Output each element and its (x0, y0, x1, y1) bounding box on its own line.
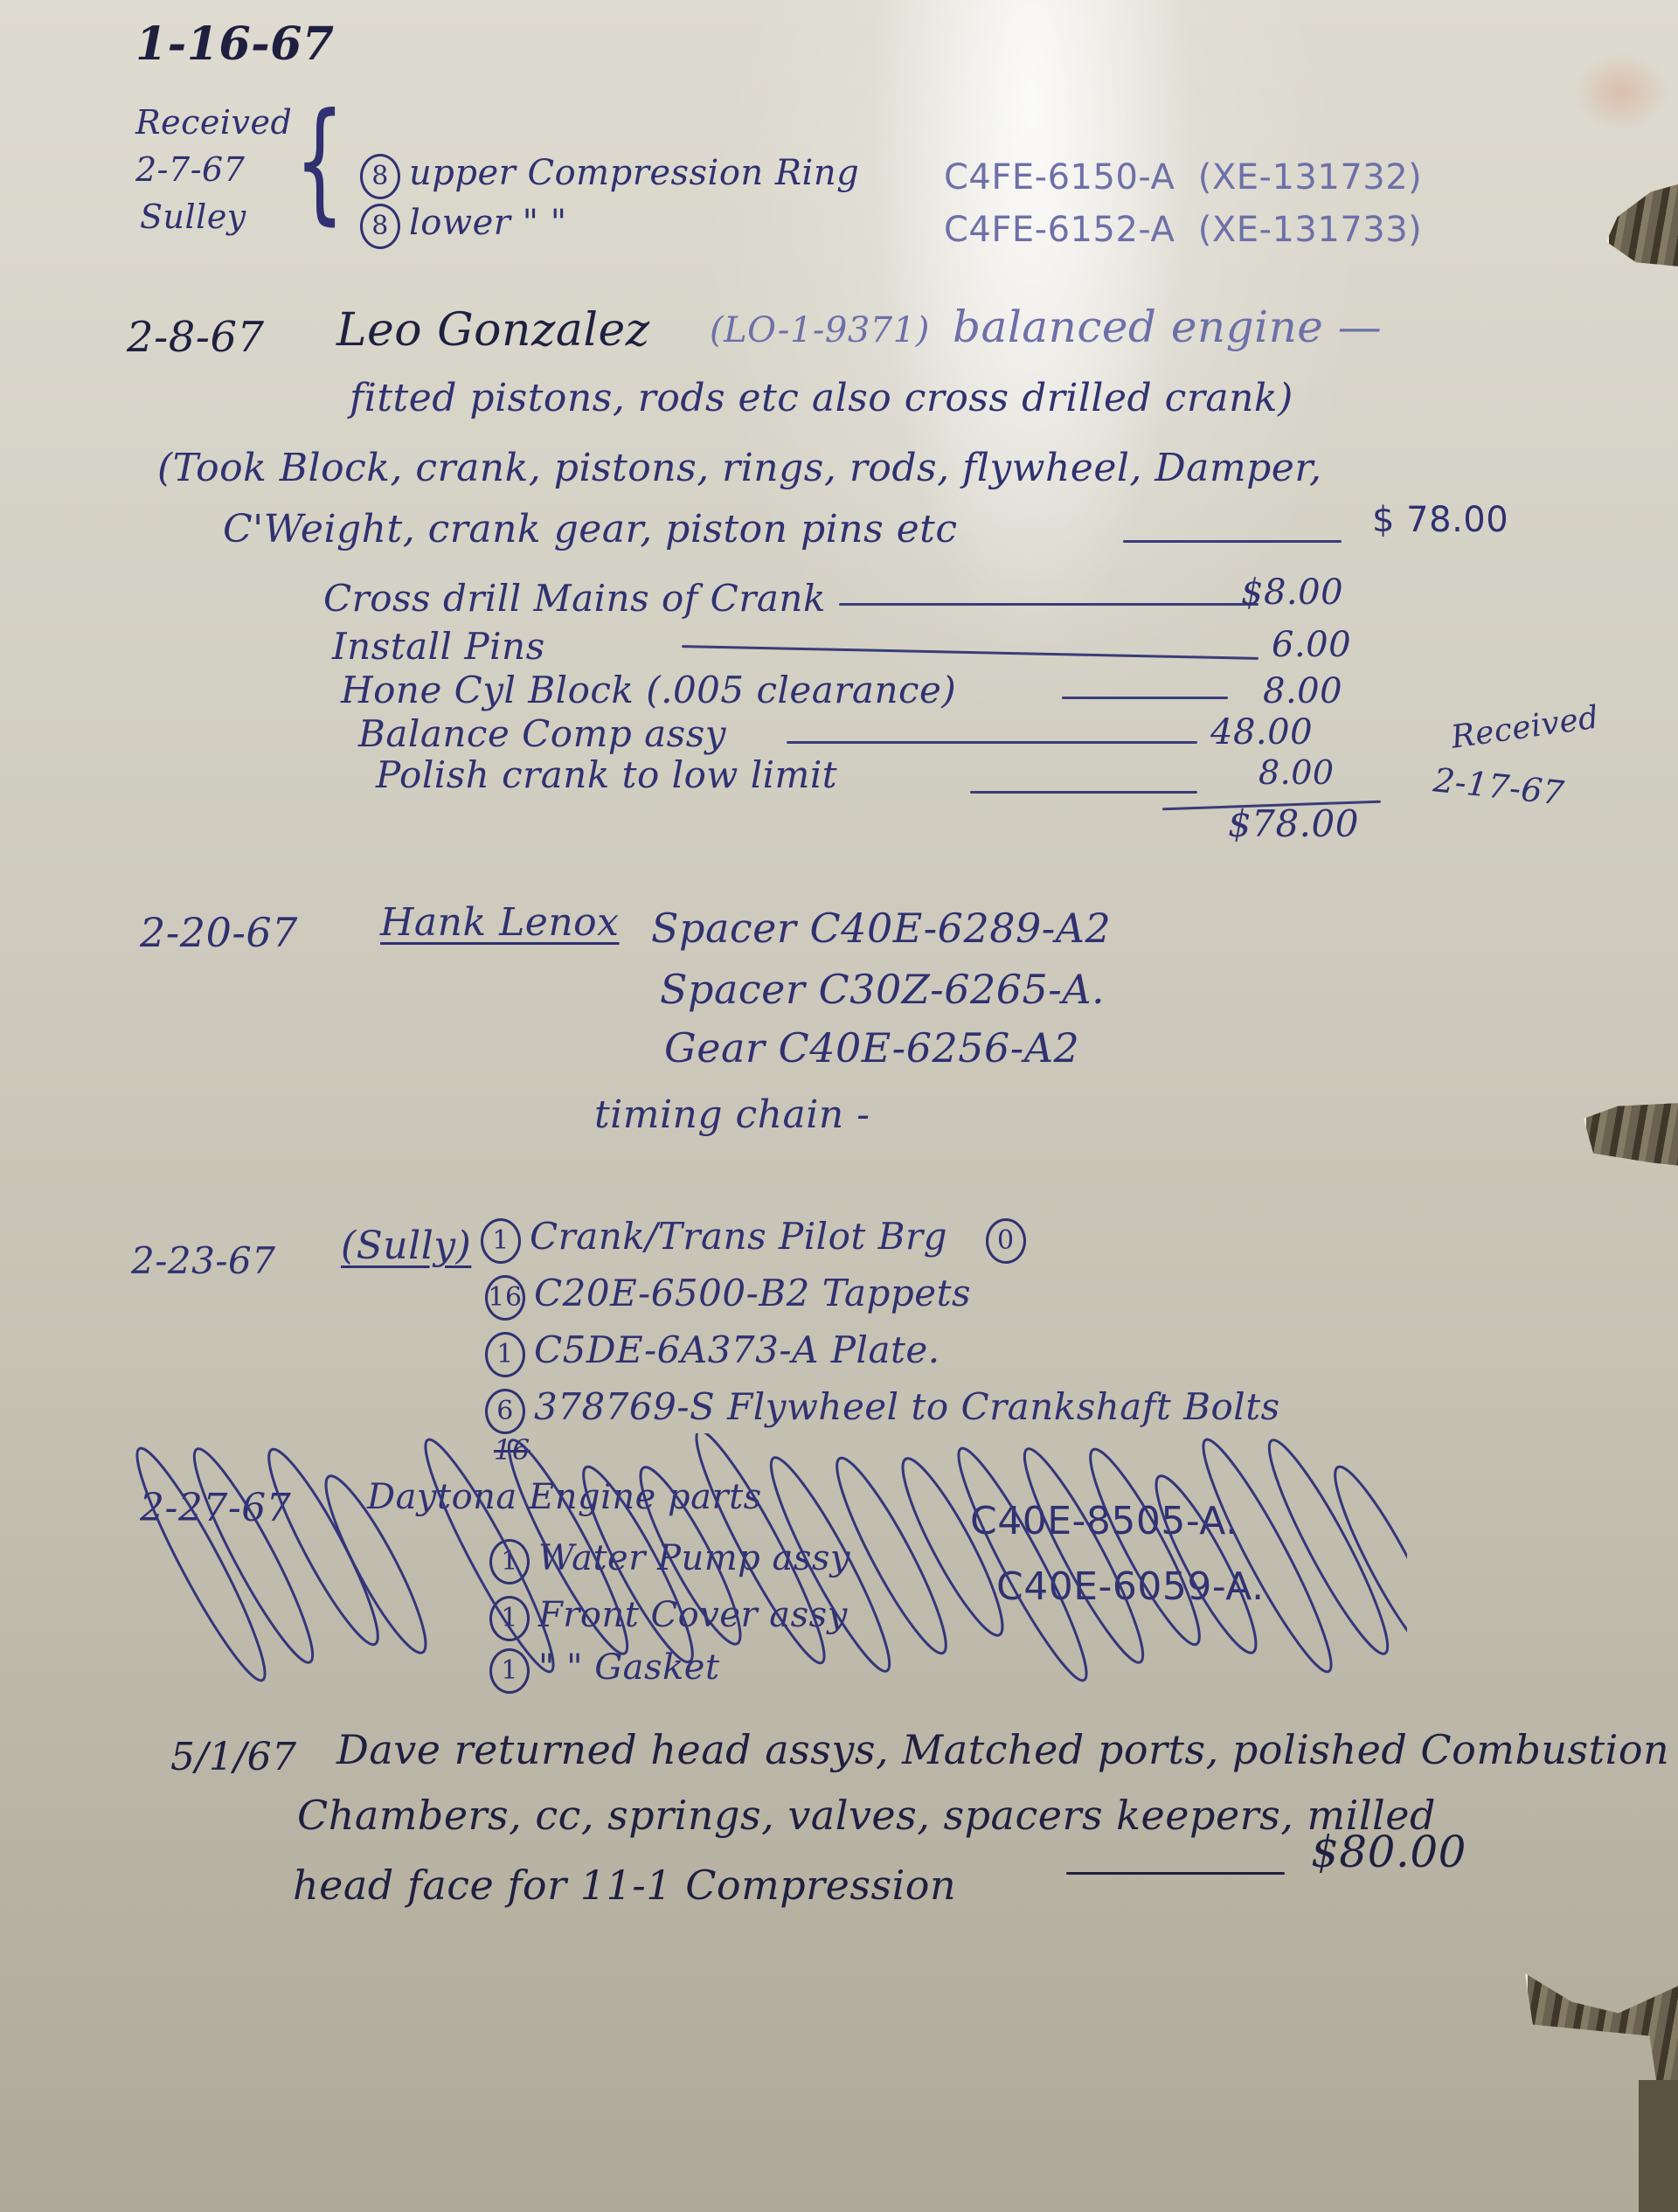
job-heading: fitted pistons, rods etc also cross dril… (350, 376, 1293, 420)
job-line: head face for 11-1 Compression (293, 1862, 956, 1909)
order-line: 1C5DE-6A373-A Plate. (485, 1328, 940, 1377)
leader-line (1062, 697, 1228, 699)
left-brace: { (295, 96, 344, 227)
torn-binder-hole (1525, 1973, 1678, 2087)
part-line: Spacer C30Z-6265-A. (660, 966, 1105, 1013)
customer-name: Daytona Engine parts (367, 1477, 762, 1517)
received-label: Received (1449, 699, 1601, 755)
part-number: C40E-6059-A. (996, 1564, 1265, 1609)
leader-line (1123, 540, 1342, 543)
quantity-circle: 6 (485, 1389, 525, 1434)
charge-amount: 48.00 (1210, 712, 1313, 752)
item-desc: Crank/Trans Pilot Brg (530, 1215, 947, 1258)
charge-desc: Install Pins (332, 625, 545, 668)
torn-binder-hole (1584, 1103, 1678, 1166)
charge-desc: Cross drill Mains of Crank (323, 577, 826, 620)
charges-total: $78.00 (1228, 802, 1359, 845)
charge-amount: 8.00 (1258, 753, 1335, 792)
paper-sheet: 1-16-67 Received 2-7-67 Sulley { 8upper … (0, 0, 1678, 2212)
entry-date: 2-27-67 (140, 1486, 291, 1530)
charge-desc: Hone Cyl Block (.005 clearance) (341, 669, 956, 711)
item-desc: 378769-S Flywheel to Crankshaft Bolts (534, 1385, 1280, 1428)
struck-quantity: 16 (494, 1433, 530, 1467)
order-line: 1Crank/Trans Pilot Brg 0 (481, 1215, 1035, 1264)
leader-line (787, 741, 1197, 744)
leader-line (970, 791, 1197, 794)
entry-date: 5/1/67 (170, 1735, 297, 1779)
entry-date: 2-23-67 (131, 1239, 276, 1282)
charge-desc: Polish crank to low limit (376, 753, 837, 796)
charge-amount: 6.00 (1272, 625, 1351, 665)
item-desc: " " Gasket (538, 1647, 720, 1688)
part-number: C4FE-6150-A (XE-131732) (944, 157, 1422, 198)
item-desc: C20E-6500-B2 Tappets (534, 1272, 971, 1314)
order-line: 8upper Compression Ring (360, 153, 859, 199)
check-circle: 0 (986, 1218, 1026, 1264)
quantity-circle: 8 (360, 204, 400, 249)
item-desc: Front Cover assy (538, 1595, 848, 1635)
rust-stain (1573, 52, 1669, 131)
leader-line (682, 645, 1258, 660)
entry-date: 2-8-67 (127, 313, 265, 362)
quantity-circle: 1 (489, 1539, 530, 1584)
order-line: 6378769-S Flywheel to Crankshaft Bolts (485, 1385, 1280, 1434)
leader-line (1066, 1872, 1285, 1875)
entry-date: 2-20-67 (140, 909, 298, 956)
quantity-circle: 1 (489, 1648, 530, 1694)
order-line: 1Front Cover assy (489, 1595, 848, 1641)
job-amount: $80.00 (1311, 1827, 1467, 1877)
part-line: timing chain - (594, 1092, 870, 1137)
item-desc: upper Compression Ring (409, 153, 859, 193)
received-date: 2-7-67 (135, 150, 245, 189)
part-line: Gear C40E-6256-A2 (664, 1024, 1079, 1071)
torn-binder-hole (1606, 184, 1678, 267)
quantity-circle: 1 (481, 1218, 521, 1264)
charge-amount: $8.00 (1241, 572, 1343, 613)
received-by: Sulley (140, 198, 246, 236)
received-date: 2-17-67 (1432, 760, 1566, 812)
part-line: Spacer C40E-6289-A2 (651, 905, 1111, 952)
charge-amount: 8.00 (1263, 671, 1342, 711)
charge-desc: Balance Comp assy (358, 712, 726, 755)
customer-phone: (LO-1-9371) (710, 310, 930, 350)
job-line: Dave returned head assys, Matched ports,… (336, 1726, 1669, 1773)
quantity-circle: 1 (485, 1332, 525, 1377)
item-desc: C5DE-6A373-A Plate. (534, 1328, 940, 1371)
quantity-circle: 8 (360, 154, 400, 199)
entry-date: 1-16-67 (135, 17, 335, 71)
order-line: 16C20E-6500-B2 Tappets (485, 1272, 971, 1321)
order-line: 1Water Pump assy (489, 1538, 850, 1584)
parts-total: $ 78.00 (1372, 500, 1508, 540)
item-desc: lower " " (409, 203, 567, 243)
parts-taken: (Took Block, crank, pistons, rings, rods… (157, 446, 1322, 490)
parts-taken: C'Weight, crank gear, piston pins etc (223, 507, 958, 551)
customer-name: Leo Gonzalez (336, 304, 650, 357)
order-line: 1" " Gasket (489, 1647, 720, 1694)
leader-line (839, 603, 1258, 606)
received-label: Received (135, 103, 292, 142)
part-number: C40E-8505-A. (970, 1499, 1238, 1543)
order-line: 8lower " " (360, 203, 567, 249)
job-line: Chambers, cc, springs, valves, spacers k… (297, 1792, 1436, 1839)
quantity-circle: 16 (485, 1275, 525, 1321)
quantity-circle: 1 (489, 1596, 530, 1641)
job-heading: balanced engine — (953, 302, 1382, 352)
item-desc: Water Pump assy (538, 1538, 850, 1578)
part-number: C4FE-6152-A (XE-131733) (944, 210, 1422, 250)
customer-name: (Sully) (341, 1224, 471, 1268)
customer-name: Hank Lenox (380, 900, 620, 945)
